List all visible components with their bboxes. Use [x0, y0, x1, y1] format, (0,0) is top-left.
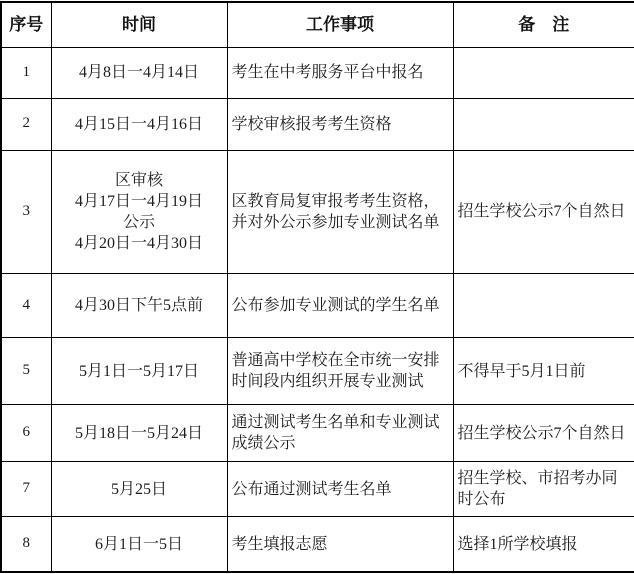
cell-time: 6月1日一5日 [51, 517, 227, 572]
cell-no: 2 [1, 98, 51, 150]
cell-time: 5月25日 [51, 462, 227, 517]
cell-no: 8 [1, 517, 51, 572]
cell-no: 7 [1, 462, 51, 517]
cell-task: 通过测试考生名单和专业测试成绩公示 [227, 405, 453, 462]
cell-no: 6 [1, 405, 51, 462]
table-row: 44月30日下午5点前公布参加专业测试的学生名单 [1, 273, 634, 337]
cell-remark [453, 98, 634, 150]
table-row: 75月25日公布通过测试考生名单招生学校、市招考办同时公布 [1, 462, 634, 517]
table-row: 3区审核 4月17日一4月19日 公示 4月20日一4月30日区教育局复审报考考… [1, 150, 634, 273]
cell-remark: 选择1所学校填报 [453, 517, 634, 572]
cell-no: 4 [1, 273, 51, 337]
cell-task: 公布参加专业测试的学生名单 [227, 273, 453, 337]
cell-remark [453, 47, 634, 98]
cell-time: 5月18日一5月24日 [51, 405, 227, 462]
cell-task: 区教育局复审报考考生资格，并对外公示参加专业测试名单 [227, 150, 453, 273]
cell-remark: 招生学校公示7个自然日 [453, 150, 634, 273]
table-row: 14月8日一4月14日考生在中考服务平台中报名 [1, 47, 634, 98]
cell-time: 4月15日一4月16日 [51, 98, 227, 150]
column-header-task: 工作事项 [227, 2, 453, 47]
cell-time: 5月1日一5月17日 [51, 338, 227, 405]
cell-task: 考生在中考服务平台中报名 [227, 47, 453, 98]
cell-no: 1 [1, 47, 51, 98]
column-header-time: 时间 [51, 2, 227, 47]
schedule-table: 序号 时间 工作事项 备 注 14月8日一4月14日考生在中考服务平台中报名24… [0, 1, 634, 573]
header-row: 序号 时间 工作事项 备 注 [1, 2, 634, 47]
table-header: 序号 时间 工作事项 备 注 [1, 2, 634, 47]
cell-time: 区审核 4月17日一4月19日 公示 4月20日一4月30日 [51, 150, 227, 273]
cell-remark: 不得早于5月1日前 [453, 338, 634, 405]
cell-remark [453, 273, 634, 337]
table-body: 14月8日一4月14日考生在中考服务平台中报名24月15日一4月16日学校审核报… [1, 47, 634, 572]
cell-no: 5 [1, 338, 51, 405]
cell-no: 3 [1, 150, 51, 273]
cell-remark: 招生学校公示7个自然日 [453, 405, 634, 462]
cell-time: 4月30日下午5点前 [51, 273, 227, 337]
cell-task: 公布通过测试考生名单 [227, 462, 453, 517]
column-header-remark: 备 注 [453, 2, 634, 47]
cell-task: 普通高中学校在全市统一安排时间段内组织开展专业测试 [227, 338, 453, 405]
cell-task: 考生填报志愿 [227, 517, 453, 572]
table-row: 24月15日一4月16日学校审核报考考生资格 [1, 98, 634, 150]
table-row: 86月1日一5日考生填报志愿选择1所学校填报 [1, 517, 634, 572]
cell-time: 4月8日一4月14日 [51, 47, 227, 98]
column-header-no: 序号 [1, 2, 51, 47]
table-row: 55月1日一5月17日普通高中学校在全市统一安排时间段内组织开展专业测试不得早于… [1, 338, 634, 405]
table-row: 65月18日一5月24日通过测试考生名单和专业测试成绩公示招生学校公示7个自然日 [1, 405, 634, 462]
cell-task: 学校审核报考考生资格 [227, 98, 453, 150]
cell-remark: 招生学校、市招考办同时公布 [453, 462, 634, 517]
